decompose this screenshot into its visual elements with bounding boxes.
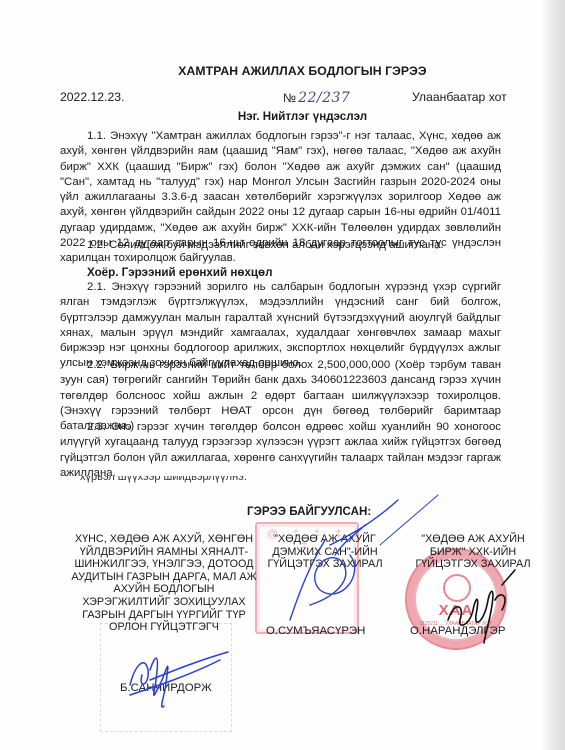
stamp-logo-icon	[443, 574, 471, 602]
signatures-heading: ГЭРЭЭ БАЙГУУЛСАН:	[247, 505, 371, 518]
signatory-exchange-role: "ХӨДӨӨ АЖ АХУЙН БИРЖ" ХХК-ИЙН ГҮЙЦЭТГЭХ …	[410, 533, 536, 571]
truncated-line: хүрвэл шүүхээр шийдвэрлүүлнэ.	[80, 476, 521, 486]
document-city: Улаанбаатар хот	[412, 90, 507, 104]
signatory-ministry-role: ХҮНС, ХӨДӨӨ АЖ АХУЙ, ХӨНГӨН ҮЙЛДВЭРИЙН Я…	[70, 533, 258, 634]
clause-2-3: 2.3. Энэ гэрээг хүчин төгөлдөр болсон өд…	[60, 420, 501, 481]
stamp-logo-text: ХАА	[407, 602, 505, 619]
section-1-title: Нэг. Нийтлэг үндэслэл	[0, 110, 565, 123]
document-page: ХАМТРАН АЖИЛЛАХ БОДЛОГЫН ГЭРЭЭ 2022.12.2…	[0, 0, 565, 750]
ministry-stamp-frame	[100, 623, 232, 732]
signatory-exchange-name: О.НАРАНДЭЛГЭР	[410, 625, 505, 637]
document-title: ХАМТРАН АЖИЛЛАХ БОДЛОГЫН ГЭРЭЭ	[0, 64, 565, 78]
section-2-title: Хоёр. Гэрээний ерөнхий нөхцөл	[87, 266, 272, 279]
number-prefix: №	[283, 91, 296, 105]
signatory-fund-role: "ХӨДӨӨ АЖ АХУЙГ ДЭМЖИХ САН"-ИЙН ГҮЙЦЭТГЭ…	[262, 533, 388, 571]
document-number: №22/237	[283, 90, 350, 106]
clause-1-2: 1.2. Солилцож буй мэдээллийг зөвхөн алба…	[60, 238, 501, 253]
truncated-line-text: хүрвэл шүүхээр шийдвэрлүүлнэ.	[80, 476, 247, 483]
document-date: 2022.12.23.	[60, 90, 124, 104]
handwritten-number: 22/237	[298, 90, 350, 106]
signatory-ministry-name: Б.САНЧИРДОРЖ	[120, 682, 212, 694]
signatory-fund-name: О.СУМЪЯАСҮРЭН	[266, 625, 365, 637]
